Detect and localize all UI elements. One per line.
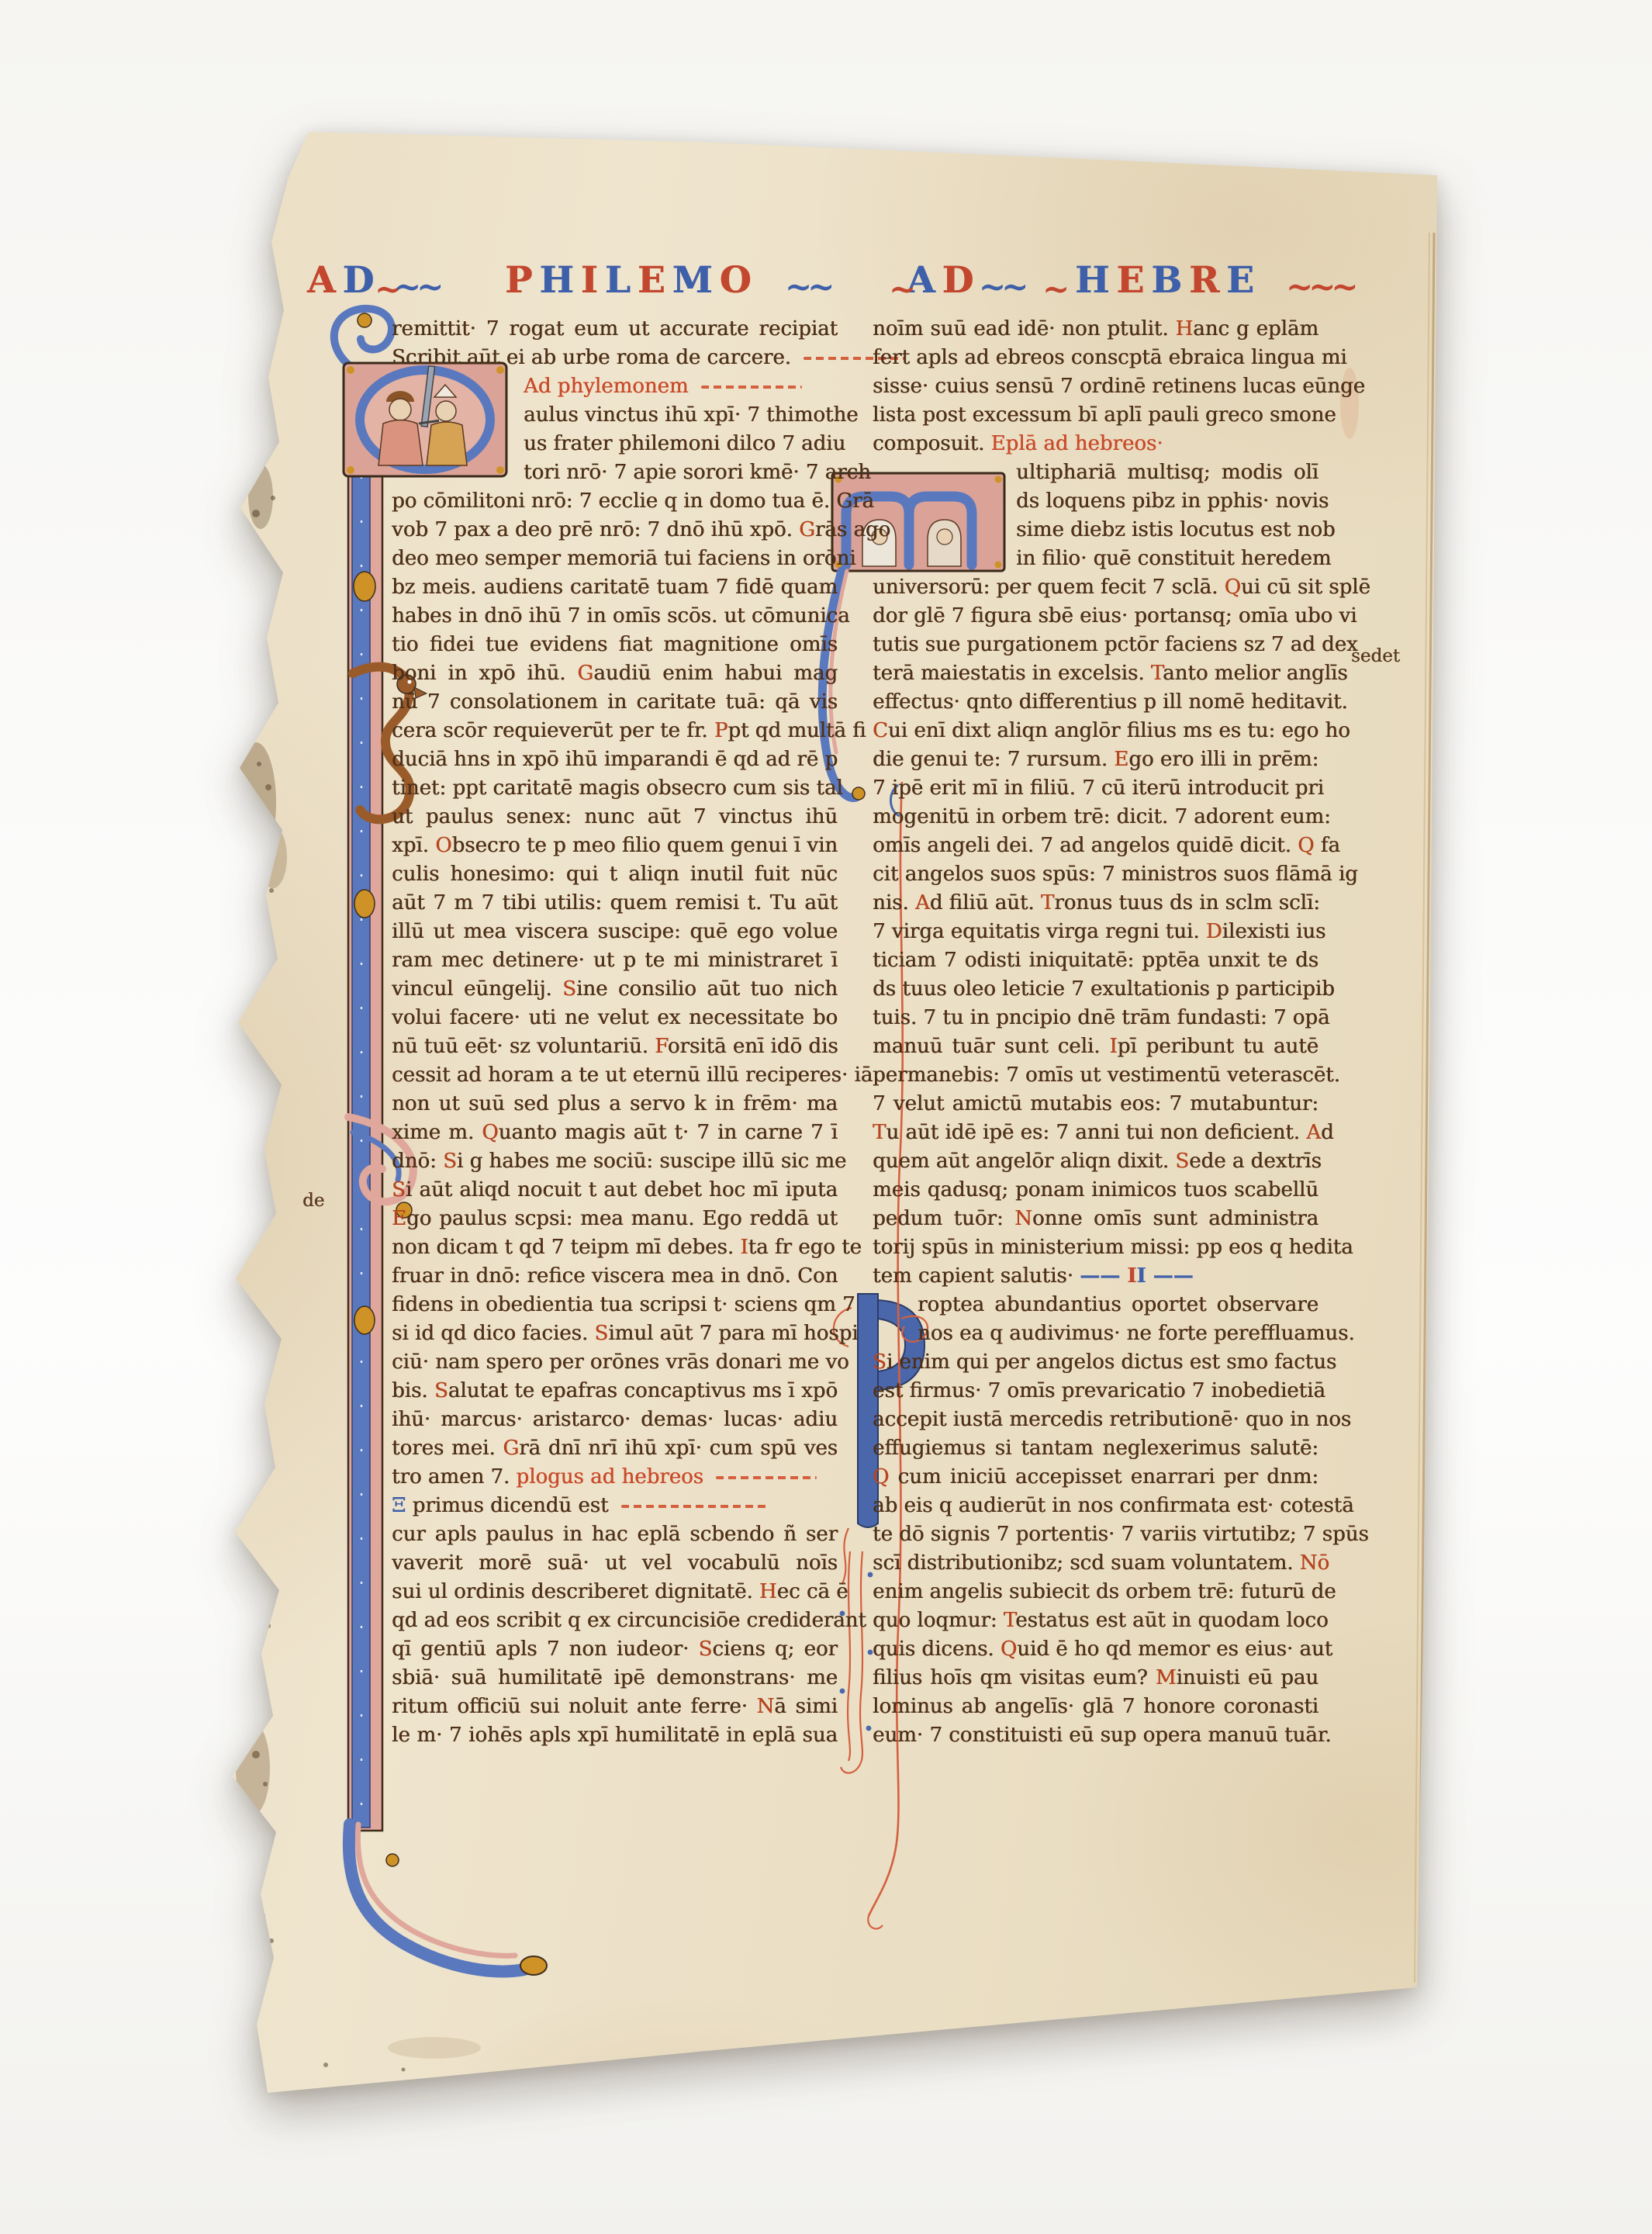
text-line: mogenitū in orbem trē: dicit. 7 adorent … — [873, 803, 1318, 832]
text-line: tutis sue purgationem pctōr faciens sz 7… — [873, 631, 1318, 659]
text-line: fert apls ad ebreos conscptā ebraica lin… — [873, 344, 1318, 372]
text-line: Ego paulus scpsi: mea manu. Ego reddā ut — [392, 1205, 838, 1233]
text-line: vob 7 pax a deo prē nrō: 7 dnō ihū xpō. … — [392, 516, 838, 545]
marginal-note: sedet — [1351, 646, 1400, 666]
text-line: Si aūt aliqd nocuit t aut debet hoc mī i… — [392, 1176, 838, 1205]
text-line: aulus vinctus ihū xpī· 7 thimothe — [392, 401, 838, 430]
text-line: eum· 7 constituisti eū sup opera manuū t… — [873, 1721, 1318, 1750]
text-line: quem aūt angelōr aliqn dixit. Sede a dex… — [873, 1147, 1318, 1176]
text-line: vaverit morē suā· ut vel vocabulū noīs — [392, 1549, 838, 1578]
running-title-word: PHILEMO — [504, 259, 758, 302]
text-line: Cui enī dixt aliqn anglōr filius ms es t… — [873, 717, 1318, 745]
text-line: cessit ad horam a te ut eternū illū reci… — [392, 1061, 838, 1090]
text-line: bz meis. audiens caritatē tuam 7 fidē qu… — [392, 573, 838, 602]
text-column-hebrews: noīm suū ead idē· non ptulit. Hanc g epl… — [873, 315, 1318, 1750]
text-line: ticiam 7 odisti iniquitatē: pptēa unxit … — [873, 946, 1318, 975]
text-line: illū ut mea viscera suscipe: quē ego vol… — [392, 918, 838, 946]
text-line: lista post excessum bī aplī pauli greco … — [873, 401, 1318, 430]
running-title-word: AD — [306, 259, 380, 302]
text-line: filius hoīs qm visitas eum? Minuisti eū … — [873, 1664, 1318, 1693]
text-line: permanebis: 7 omīs ut vestimentū veteras… — [873, 1061, 1318, 1090]
text-line: ut paulus senex: nunc aūt 7 vinctus ihū — [392, 803, 838, 832]
deckle-specks — [252, 462, 406, 2072]
text-line: ihū· marcus· aristarco· demas· lucas· ad… — [392, 1406, 838, 1434]
text-column-philemon: remittit· 7 rogat eum ut accurate recipi… — [392, 315, 838, 1750]
gold-bead-icon — [358, 313, 372, 327]
header-flourish-icon: ~~ — [394, 268, 439, 306]
text-line: te dō signis 7 portentis· 7 variis virtu… — [873, 1520, 1318, 1549]
text-line: 7 virga equitatis virga regni tui. Dilex… — [873, 918, 1318, 946]
marginal-note: q; — [250, 1458, 267, 1478]
text-line: Ad phylemonem — [392, 372, 838, 401]
text-line: xime m. Quanto magis aūt t· 7 in carne 7… — [392, 1119, 838, 1147]
text-line: ram mec detinere· ut p te mi ministraret… — [392, 946, 838, 975]
header-flourish-icon: ~~ — [785, 268, 830, 306]
text-line: lominus ab angelīs· glā 7 honore coronas… — [873, 1693, 1318, 1721]
text-line: quo loqmur: Testatus est aūt in quodam l… — [873, 1606, 1318, 1635]
text-line: nis. Ad filiū aūt. Tronus tuus ds in scl… — [873, 889, 1318, 918]
text-line: tuis. 7 tu in pncipio dnē trām fundasti:… — [873, 1004, 1318, 1032]
text-line: fidens in obedientia tua scripsi t· scie… — [392, 1291, 838, 1319]
text-line: est firmus· 7 omīs prevaricatio 7 inobed… — [873, 1377, 1318, 1406]
text-line: tinet: ppt caritatē magis obsecro cum si… — [392, 774, 838, 803]
text-line: xpī. Obsecro te p meo filio quem genui ī… — [392, 832, 838, 860]
text-line: sime diebz istis locutus est nob — [873, 516, 1318, 545]
text-line: cur apls paulus in hac eplā scbendo ñ se… — [392, 1520, 838, 1549]
text-line: torij spūs in ministerium missi: pp eos … — [873, 1233, 1318, 1262]
text-line: qī gentiū apls 7 non iudeor· Sciens q; e… — [392, 1635, 838, 1664]
text-line: effugiemus si tantam neglexerimus salutē… — [873, 1434, 1318, 1463]
text-line: accepit iustā mercedis retributionē· quo… — [873, 1406, 1318, 1434]
text-line: culis honesimo: qui t aliqn inutil fuit … — [392, 860, 838, 889]
text-line: roptea abundantius oportet observare — [873, 1291, 1318, 1319]
text-line: effectus· qnto differentius p ill nomē h… — [873, 688, 1318, 717]
vellum-page: ADPHILEMOADHEBRE~~~~~~~~~~~~ remittit· 7… — [0, 0, 1652, 2234]
header-flourish-icon: ~ — [1042, 270, 1065, 308]
text-line: composuit. Eplā ad hebreos· — [873, 430, 1318, 458]
text-line: Tu aūt idē ipē es: 7 anni tui non defici… — [873, 1119, 1318, 1147]
text-line: sui ul ordinis describeret dignitatē. He… — [392, 1578, 838, 1606]
text-line: cit angelos suos spūs: 7 ministros suos … — [873, 860, 1318, 889]
text-line: sbiā· suā humilitatē ipē demonstrans· me — [392, 1664, 838, 1693]
text-line: non dicam t qd 7 teipm mī debes. Ita fr … — [392, 1233, 838, 1262]
text-line: Q cum iniciū accepisset enarrari per dnm… — [873, 1463, 1318, 1492]
text-line: Ξ primus dicendū est — [392, 1492, 838, 1520]
text-line: duciā hns in xpō ihū imparandi ē qd ad r… — [392, 745, 838, 774]
running-title-word: HEBRE — [1074, 259, 1260, 302]
text-line: non ut suū sed plus a servo k in frēm· m… — [392, 1090, 838, 1119]
text-line: bis. Salutat te epafras concaptivus ms ī… — [392, 1377, 838, 1406]
text-line: ds loquens pibz in pphis· novis — [873, 487, 1318, 516]
text-line: scī distributionibz; scd suam voluntatem… — [873, 1549, 1318, 1578]
text-line: fruar in dnō: refice viscera mea in dnō.… — [392, 1262, 838, 1291]
text-line: deo meo semper memoriā tui faciens in or… — [392, 545, 838, 573]
text-line: 7 velut amictū mutabis eos: 7 mutabuntur… — [873, 1090, 1318, 1119]
text-line: qd ad eos scribit q ex circuncisiōe cred… — [392, 1606, 838, 1635]
text-line: remittit· 7 rogat eum ut accurate recipi… — [392, 315, 838, 344]
text-line: dnō: Si g habes me sociū: suscipe illū s… — [392, 1147, 838, 1176]
text-line: die genui te: 7 rursum. Ego ero illi in … — [873, 745, 1318, 774]
text-line: po cōmilitoni nrō: 7 ecclie q in domo tu… — [392, 487, 838, 516]
manuscript-leaf: ADPHILEMOADHEBRE~~~~~~~~~~~~ remittit· 7… — [0, 0, 1652, 2234]
header-flourish-icon: ~ — [889, 270, 911, 308]
text-line: ds tuus oleo leticie 7 exultationis p pa… — [873, 975, 1318, 1004]
text-line: habes in dnō ihū 7 in omīs scōs. ut cōmu… — [392, 602, 838, 631]
header-flourish-icon: ~~ — [979, 268, 1024, 306]
text-line: dor glē 7 figura sbē eius· portansq; omī… — [873, 602, 1318, 631]
text-line: enim angelis subiecit ds orbem trē: futu… — [873, 1578, 1318, 1606]
text-line: terā maiestatis in excelsis. Tanto melio… — [873, 659, 1318, 688]
text-line: ritum officiū sui noluit ante ferre· Nā … — [392, 1693, 838, 1721]
text-line: pedum tuōr: Nonne omīs sunt administra — [873, 1205, 1318, 1233]
text-line: universorū: per quem fecit 7 sclā. Qui c… — [873, 573, 1318, 602]
text-line: tem capient salutis· —— II —— — [873, 1262, 1318, 1291]
text-line: vincul eūngelij. Sine consilio aūt tuo n… — [392, 975, 838, 1004]
text-line: nū tuū eēt· sz voluntariū. Forsitā enī i… — [392, 1032, 838, 1061]
text-line: aūt 7 m 7 tibi utilis: quem remisi t. Tu… — [392, 889, 838, 918]
text-line: nos ea q audivimus· ne forte pereffluamu… — [873, 1319, 1318, 1348]
text-line: tio fidei tue evidens fiat magnitione om… — [392, 631, 838, 659]
marginal-note: de — [302, 1191, 324, 1211]
text-line: le m· 7 iohēs apls xpī humilitatē in epl… — [392, 1721, 838, 1750]
running-title-word: AD — [906, 259, 980, 302]
text-line: ab eis q audierūt in nos confirmata est·… — [873, 1492, 1318, 1520]
text-line: noīm suū ead idē· non ptulit. Hanc g epl… — [873, 315, 1318, 344]
text-line: tro amen 7. plogus ad hebreos — [392, 1463, 838, 1492]
text-line: nū 7 consolationem in caritate tuā: qā v… — [392, 688, 838, 717]
text-line: ultiphariā multisq; modis olī — [873, 458, 1318, 487]
text-line: ciū· nam spero per orōnes vrās donari me… — [392, 1348, 838, 1377]
text-line: si id qd dico facies. Simul aūt 7 para m… — [392, 1319, 838, 1348]
text-line: boni in xpō ihū. Gaudiū enim habui mag — [392, 659, 838, 688]
text-line: tores mei. Grā dnī nrī ihū xpī· cum spū … — [392, 1434, 838, 1463]
text-line: Si enim qui per angelos dictus est smo f… — [873, 1348, 1318, 1377]
text-line: volui facere· uti ne velut ex necessitat… — [392, 1004, 838, 1032]
bar-tail-ornament-icon — [349, 1824, 547, 1975]
text-line: tori nrō· 7 apie sorori kmē· 7 arch — [392, 458, 838, 487]
text-line: omīs angeli dei. 7 ad angelos quidē dici… — [873, 832, 1318, 860]
text-line: us frater philemoni dilco 7 adiu — [392, 430, 838, 458]
header-flourish-icon: ~~~ — [1286, 268, 1354, 306]
text-line: in filio· quē constituit heredem — [873, 545, 1318, 573]
page-edge-lines — [1415, 233, 1434, 1984]
text-line: meis qadusq; ponam inimicos tuos scabell… — [873, 1176, 1318, 1205]
text-line: Scribit aūt ei ab urbe roma de carcere. — [392, 344, 838, 372]
text-line: 7 ipē erit mī in filiū. 7 cū iterū intro… — [873, 774, 1318, 803]
text-line: cera scōr requieverūt per te fr. Ppt qd … — [392, 717, 838, 745]
text-line: sisse· cuius sensū 7 ordinē retinens luc… — [873, 372, 1318, 401]
text-line: manuū tuār sunt celi. Ipī peribunt tu au… — [873, 1032, 1318, 1061]
text-line: quis dicens. Quid ē ho qd memor es eius·… — [873, 1635, 1318, 1664]
